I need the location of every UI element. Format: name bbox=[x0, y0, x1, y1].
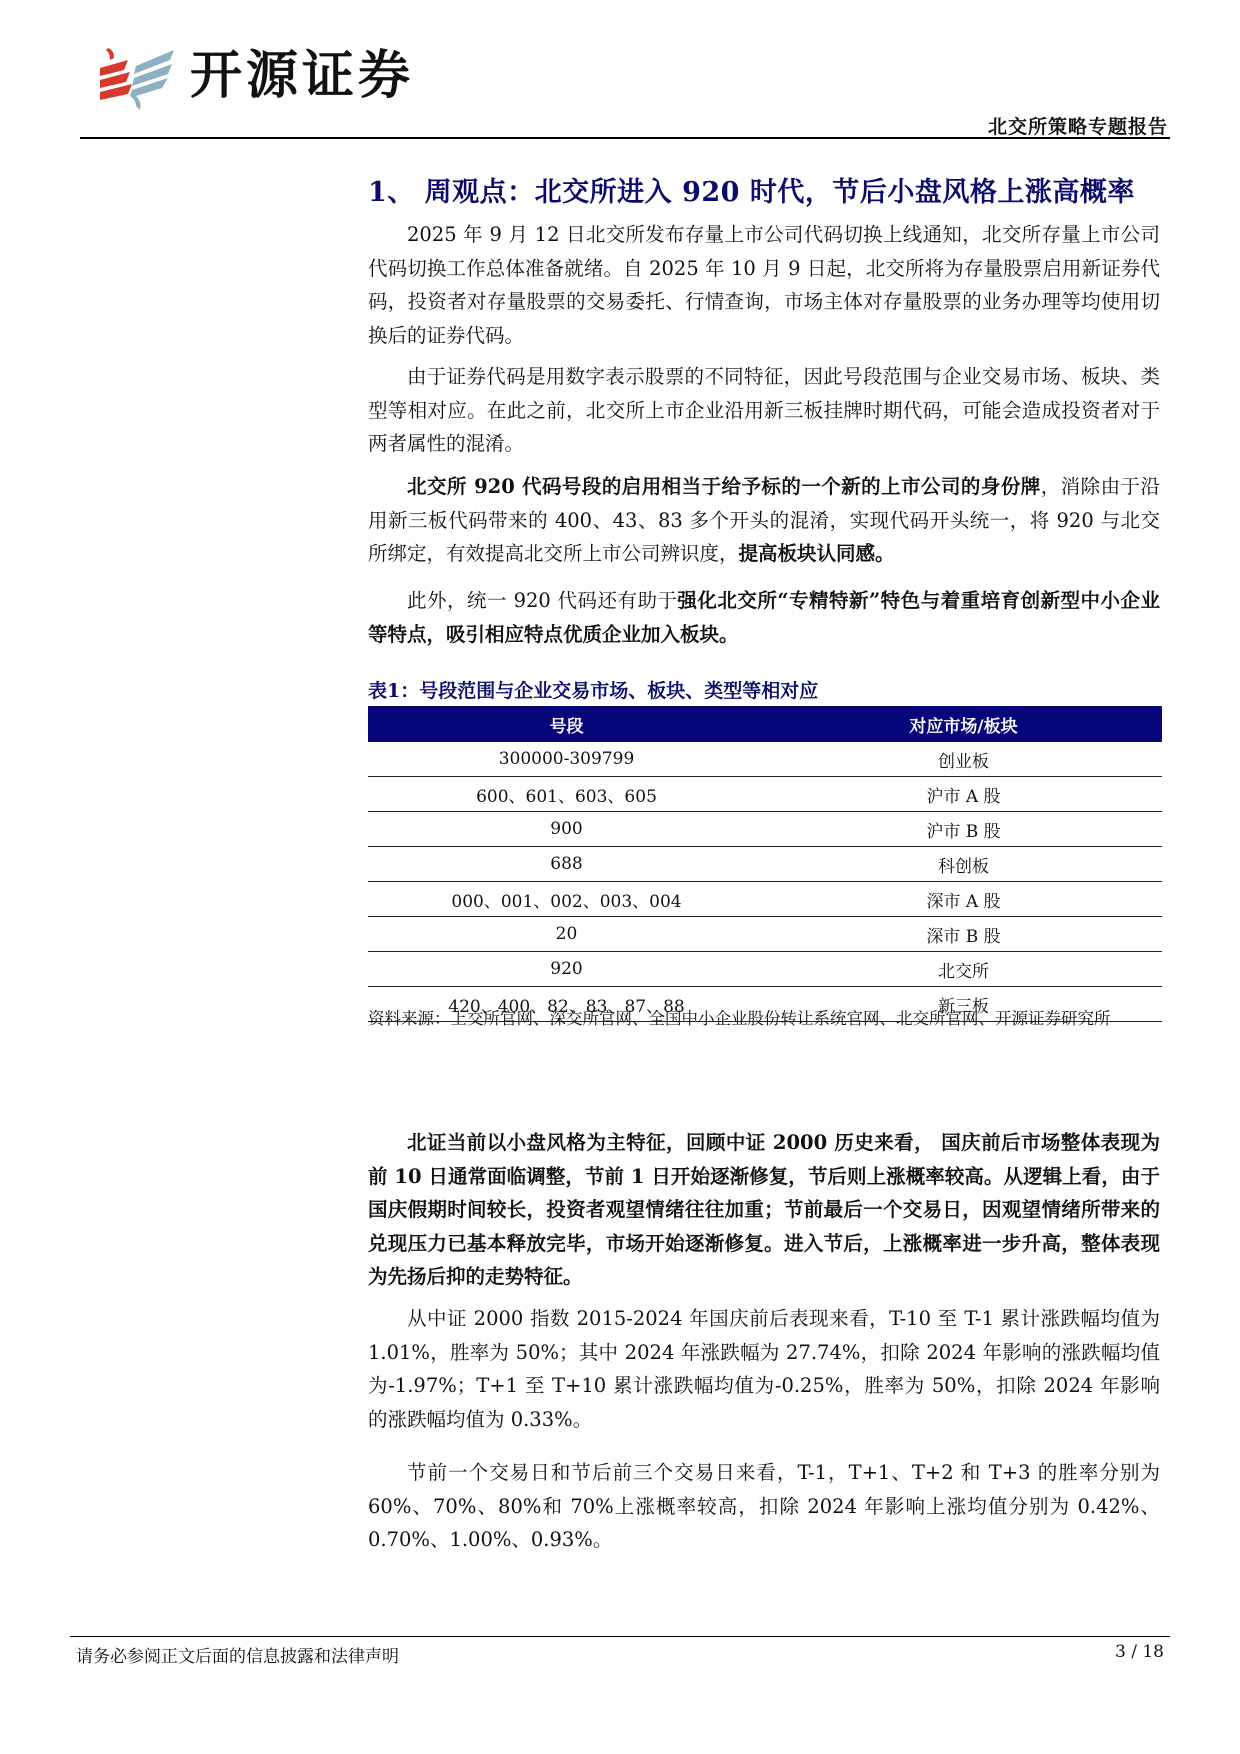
table-row: 000、001、002、003、004深市 A 股 bbox=[368, 882, 1162, 917]
header-divider bbox=[80, 137, 1170, 139]
table-row: 920北交所 bbox=[368, 952, 1162, 987]
code-cell: 900 bbox=[368, 812, 765, 847]
paragraph-text: 由于证券代码是用数字表示股票的不同特征，因此号段范围与企业交易市场、板块、类型等… bbox=[368, 360, 1160, 461]
logo-mark-icon bbox=[98, 40, 176, 112]
code-cell: 600、601、603、605 bbox=[368, 777, 765, 812]
page-number: 3 / 18 bbox=[1115, 1642, 1164, 1662]
table-caption: 表1：号段范围与企业交易市场、板块、类型等相对应 bbox=[368, 676, 818, 703]
emphasis-text: 提高板块认同感。 bbox=[739, 542, 895, 565]
market-cell: 深市 B 股 bbox=[765, 917, 1162, 952]
table-source-note: 资料来源：上交所官网、深交所官网、全国中小企业股份转让系统官网、北交所官网、开源… bbox=[368, 1004, 1162, 1034]
logo-text: 开源证券 bbox=[190, 50, 414, 102]
market-cell: 北交所 bbox=[765, 952, 1162, 987]
paragraph-5: 北证当前以小盘风格为主特征，回顾中证 2000 历史来看， 国庆前后市场整体表现… bbox=[368, 1126, 1160, 1294]
paragraph-4: 此外，统一 920 代码还有助于强化北交所“专精特新”特色与着重培育创新型中小企… bbox=[368, 584, 1160, 651]
paragraph-text: 北交所 920 代码号段的启用相当于给予标的一个新的上市公司的身份牌，消除由于沿… bbox=[368, 470, 1160, 571]
code-range-table: 号段 对应市场/板块 300000-309799创业板 600、601、603、… bbox=[368, 706, 1162, 1022]
footer-divider bbox=[70, 1636, 1170, 1637]
table-header-row: 号段 对应市场/板块 bbox=[368, 706, 1162, 742]
paragraph-1: 2025 年 9 月 12 日北交所发布存量上市公司代码切换上线通知，北交所存量… bbox=[368, 218, 1160, 352]
paragraph-6: 从中证 2000 指数 2015-2024 年国庆前后表现来看，T-10 至 T… bbox=[368, 1302, 1160, 1436]
column-header: 号段 bbox=[368, 706, 765, 742]
market-cell: 沪市 B 股 bbox=[765, 812, 1162, 847]
table-row: 300000-309799创业板 bbox=[368, 742, 1162, 777]
market-cell: 深市 A 股 bbox=[765, 882, 1162, 917]
table-row: 20深市 B 股 bbox=[368, 917, 1162, 952]
paragraph-3: 北交所 920 代码号段的启用相当于给予标的一个新的上市公司的身份牌，消除由于沿… bbox=[368, 470, 1160, 571]
paragraph-text: 从中证 2000 指数 2015-2024 年国庆前后表现来看，T-10 至 T… bbox=[368, 1302, 1160, 1436]
paragraph-text: 节前一个交易日和节后前三个交易日来看，T-1，T+1、T+2 和 T+3 的胜率… bbox=[368, 1456, 1160, 1557]
disclaimer-note: 请务必参阅正文后面的信息披露和法律声明 bbox=[76, 1642, 399, 1667]
emphasis-text: 北交所 920 代码号段的启用相当于给予标的一个新的上市公司的身份牌 bbox=[407, 475, 1041, 498]
table-row: 900沪市 B 股 bbox=[368, 812, 1162, 847]
code-cell: 000、001、002、003、004 bbox=[368, 882, 765, 917]
report-type-label: 北交所策略专题报告 bbox=[988, 112, 1168, 139]
code-cell: 688 bbox=[368, 847, 765, 882]
code-cell: 20 bbox=[368, 917, 765, 952]
market-cell: 科创板 bbox=[765, 847, 1162, 882]
table-row: 600、601、603、605沪市 A 股 bbox=[368, 777, 1162, 812]
column-header: 对应市场/板块 bbox=[765, 706, 1162, 742]
paragraph-text: 此外，统一 920 代码还有助于强化北交所“专精特新”特色与着重培育创新型中小企… bbox=[368, 584, 1160, 651]
company-logo: 开源证券 bbox=[98, 40, 414, 112]
paragraph-2: 由于证券代码是用数字表示股票的不同特征，因此号段范围与企业交易市场、板块、类型等… bbox=[368, 360, 1160, 461]
market-cell: 创业板 bbox=[765, 742, 1162, 777]
table-row: 688科创板 bbox=[368, 847, 1162, 882]
paragraph-text: 北证当前以小盘风格为主特征，回顾中证 2000 历史来看， 国庆前后市场整体表现… bbox=[368, 1126, 1160, 1294]
paragraph-text: 2025 年 9 月 12 日北交所发布存量上市公司代码切换上线通知，北交所存量… bbox=[368, 218, 1160, 352]
body-text: 此外，统一 920 代码还有助于 bbox=[407, 589, 677, 612]
code-cell: 300000-309799 bbox=[368, 742, 765, 777]
emphasis-text: 北证当前以小盘风格为主特征，回顾中证 2000 历史来看， 国庆前后市场整体表现… bbox=[368, 1131, 1160, 1288]
section-heading: 1、 周观点：北交所进入 920 时代，节后小盘风格上涨高概率 bbox=[368, 170, 1135, 209]
code-cell: 920 bbox=[368, 952, 765, 987]
paragraph-7: 节前一个交易日和节后前三个交易日来看，T-1，T+1、T+2 和 T+3 的胜率… bbox=[368, 1456, 1160, 1557]
market-cell: 沪市 A 股 bbox=[765, 777, 1162, 812]
